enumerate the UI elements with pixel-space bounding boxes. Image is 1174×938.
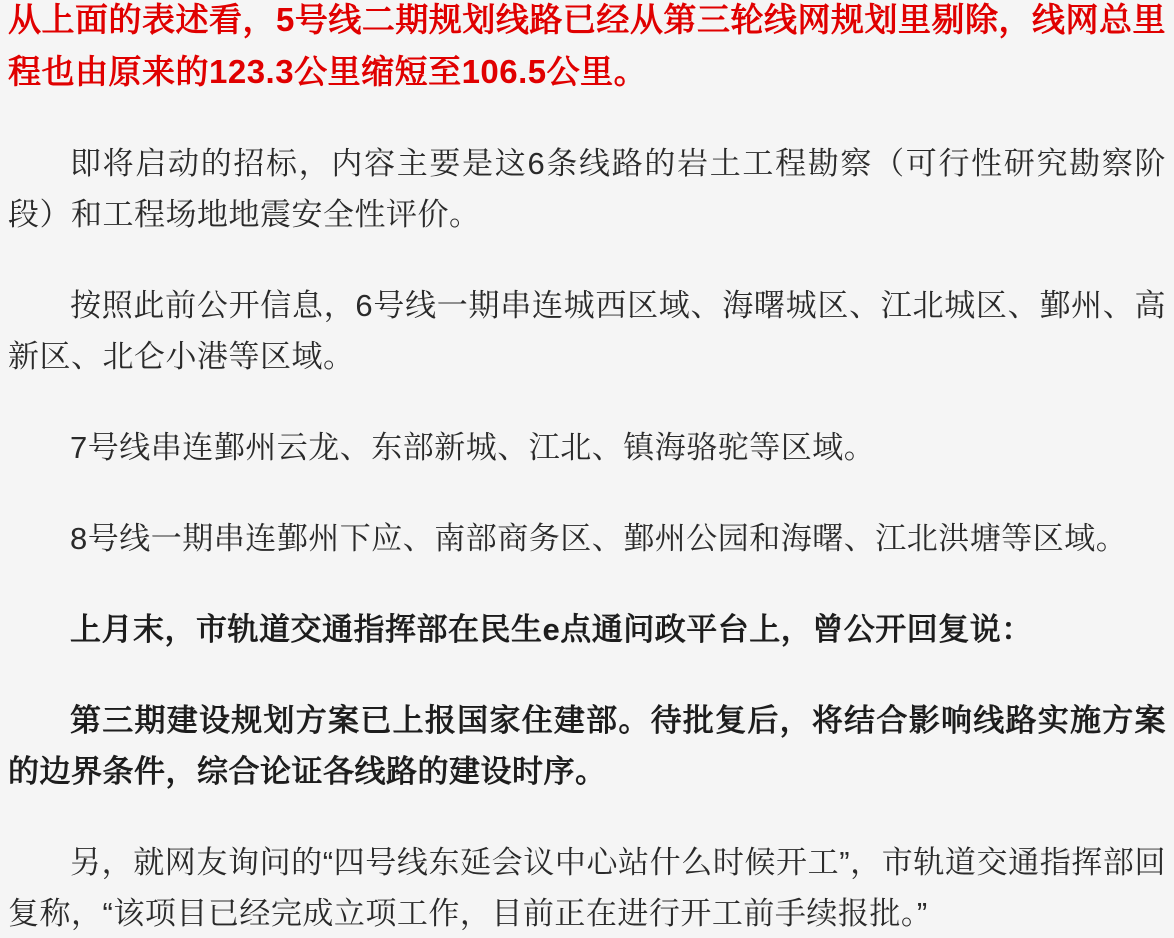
paragraph-line6-route: 按照此前公开信息，6号线一期串连城西区域、海曙城区、江北城区、鄞州、高新区、北仑…: [8, 280, 1166, 382]
paragraph-line7-route: 7号线串连鄞州云龙、东部新城、江北、镇海骆驼等区域。: [8, 422, 1166, 473]
article-body: 从上面的表述看，5号线二期规划线路已经从第三轮线网规划里剔除，线网总里程也由原来…: [0, 0, 1174, 938]
lead-paragraph-highlight: 从上面的表述看，5号线二期规划线路已经从第三轮线网规划里剔除，线网总里程也由原来…: [8, 0, 1166, 98]
paragraph-plan-status: 第三期建设规划方案已上报国家住建部。待批复后，将结合影响线路实施方案的边界条件，…: [8, 695, 1166, 797]
paragraph-tender-scope: 即将启动的招标，内容主要是这6条线路的岩土工程勘察（可行性研究勘察阶段）和工程场…: [8, 138, 1166, 240]
paragraph-reply-intro: 上月末，市轨道交通指挥部在民生e点通问政平台上，曾公开回复说：: [8, 604, 1166, 655]
paragraph-line8-route: 8号线一期串连鄞州下应、南部商务区、鄞州公园和海曙、江北洪塘等区域。: [8, 513, 1166, 564]
paragraph-line4-extension-reply: 另，就网友询问的“四号线东延会议中心站什么时候开工”，市轨道交通指挥部回复称，“…: [8, 837, 1166, 938]
